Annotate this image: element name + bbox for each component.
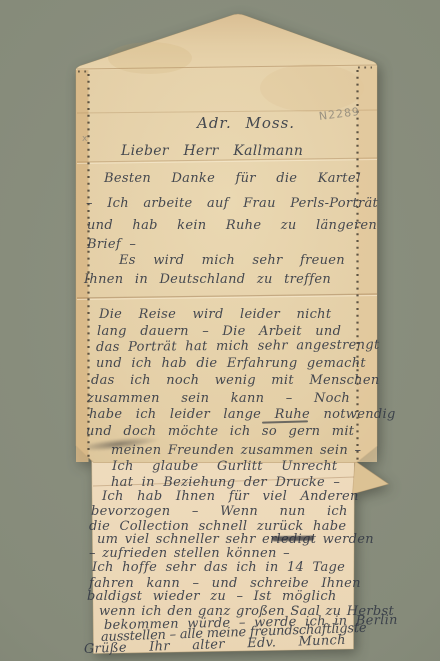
letter-line: Besten Danke für die Karte! xyxy=(104,172,361,185)
letter-line: Brief – xyxy=(87,238,136,251)
letter-line: lang dauern – Die Arbeit und xyxy=(97,325,341,338)
letter-line: – zufrieden stellen können – xyxy=(89,547,290,560)
letter-heading: Adr. Moss. xyxy=(197,116,295,131)
age-stain xyxy=(108,42,192,74)
letter-line: um viel schneller sehr erledigt werden xyxy=(97,533,374,546)
letter-line: und hab kein Ruhe zu längeren xyxy=(87,219,377,232)
letter-line: Die Reise wird leider nicht xyxy=(99,308,331,321)
letter-line: zusammen sein kann – Noch xyxy=(87,392,350,405)
age-stain xyxy=(260,64,364,112)
letter-line: baldigst wieder zu – Ist möglich xyxy=(87,590,337,603)
letter-line: habe ich leider lange Ruhe notwendig xyxy=(89,408,396,421)
letter-line: das ich noch wenig mit Menschen xyxy=(91,374,380,387)
letter-line: Ich glaube Gurlitt Unrecht xyxy=(112,460,337,473)
scribbled-out-word xyxy=(272,536,314,542)
letter-line: Ich hoffe sehr das ich in 14 Tage xyxy=(92,561,345,574)
gummed-strip-right xyxy=(358,66,378,462)
letter-line: – Ich arbeite auf Frau Perls-Porträt xyxy=(86,197,378,210)
letter-line: das Porträt hat mich sehr angestrengt xyxy=(96,339,380,354)
salutation-line: Lieber Herr Kallmann xyxy=(121,144,303,158)
letter-line: bevorzogen – Wenn nun ich xyxy=(91,505,348,518)
letter-line: Ich hab Ihnen für viel Anderen xyxy=(102,490,359,503)
letter-line: hat in Beziehung der Drucke – xyxy=(111,476,340,489)
letter-line: und doch möchte ich so gern mit xyxy=(86,425,354,438)
pencil-x-mark: x xyxy=(82,134,87,144)
letter-line: Ihnen in Deutschland zu treffen xyxy=(84,273,331,286)
photo-background: Adr. Moss. Lieber Herr Kallmann Besten D… xyxy=(0,0,440,661)
letter-line: und ich hab die Erfahrung gemacht xyxy=(96,357,366,370)
letter-line: Es wird mich sehr freuen xyxy=(119,254,345,267)
